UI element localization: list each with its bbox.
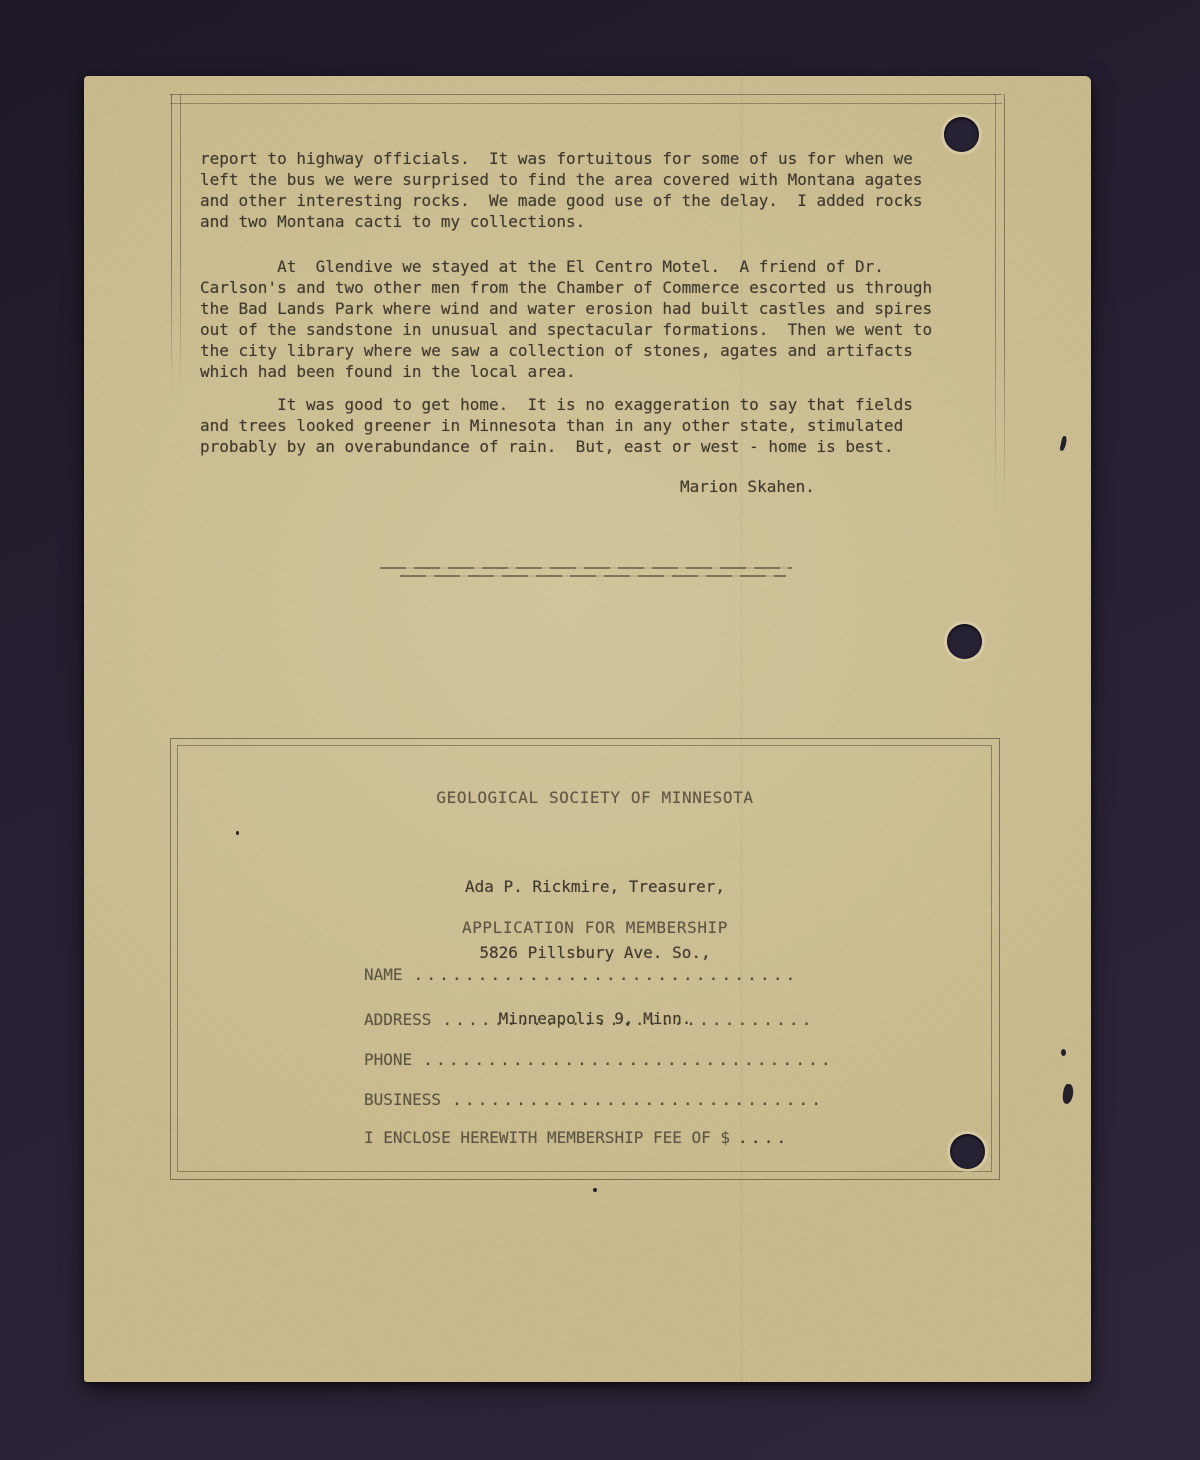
ink-blot — [236, 831, 239, 835]
form-field-row-address: ADDRESS............................. — [364, 1009, 815, 1030]
article-paragraph: At Glendive we stayed at the El Centro M… — [200, 256, 960, 382]
field-label-phone: PHONE — [364, 1050, 412, 1069]
field-label-business: BUSINESS — [364, 1090, 441, 1109]
document-page: report to highway officials. It was fort… — [84, 76, 1091, 1382]
punch-hole — [947, 624, 982, 659]
dotted-fill-line: .............................. — [414, 965, 799, 984]
section-divider — [400, 575, 786, 577]
dotted-fill-line: ............................. — [442, 1010, 814, 1029]
field-label-address: ADDRESS — [364, 1010, 431, 1029]
typed-border-top — [170, 94, 1002, 104]
ink-blot — [1061, 1049, 1066, 1056]
dotted-fill-line: ............................. — [452, 1090, 824, 1109]
form-field-row-business: BUSINESS............................. — [364, 1089, 824, 1110]
ink-blot — [1062, 1083, 1075, 1104]
dotted-fill-line: .... — [738, 1128, 789, 1147]
section-divider — [380, 567, 792, 569]
ink-blot — [1059, 436, 1067, 452]
typed-border-right — [995, 94, 1005, 514]
article-paragraph: It was good to get home. It is no exagge… — [200, 394, 960, 457]
fee-statement-label: I ENCLOSE HEREWITH MEMBERSHIP FEE OF $ — [364, 1128, 730, 1147]
membership-form-box: GEOLOGICAL SOCIETY OF MINNESOTA Ada P. R… — [170, 738, 1000, 1180]
org-name: GEOLOGICAL SOCIETY OF MINNESOTA — [191, 787, 999, 808]
punch-hole — [950, 1134, 985, 1169]
treasurer-address-line: Ada P. Rickmire, Treasurer, — [191, 876, 999, 898]
treasurer-address: Ada P. Rickmire, Treasurer, 5826 Pillsbu… — [191, 832, 999, 1074]
signature: Marion Skahen. — [680, 476, 815, 497]
article-paragraph: report to highway officials. It was fort… — [200, 148, 960, 232]
scan-background: report to highway officials. It was fort… — [0, 0, 1200, 1460]
punch-hole — [944, 117, 979, 152]
form-field-row-phone: PHONE................................ — [364, 1049, 834, 1070]
form-title: APPLICATION FOR MEMBERSHIP — [191, 917, 999, 938]
field-label-name: NAME — [364, 965, 403, 984]
typed-border-left — [171, 94, 181, 394]
dotted-fill-line: ................................ — [423, 1050, 834, 1069]
form-field-row-name: NAME.............................. — [364, 964, 799, 985]
ink-blot — [593, 1188, 597, 1192]
treasurer-address-line: 5826 Pillsbury Ave. So., — [191, 942, 999, 964]
form-fee-row: I ENCLOSE HEREWITH MEMBERSHIP FEE OF $..… — [364, 1127, 789, 1148]
